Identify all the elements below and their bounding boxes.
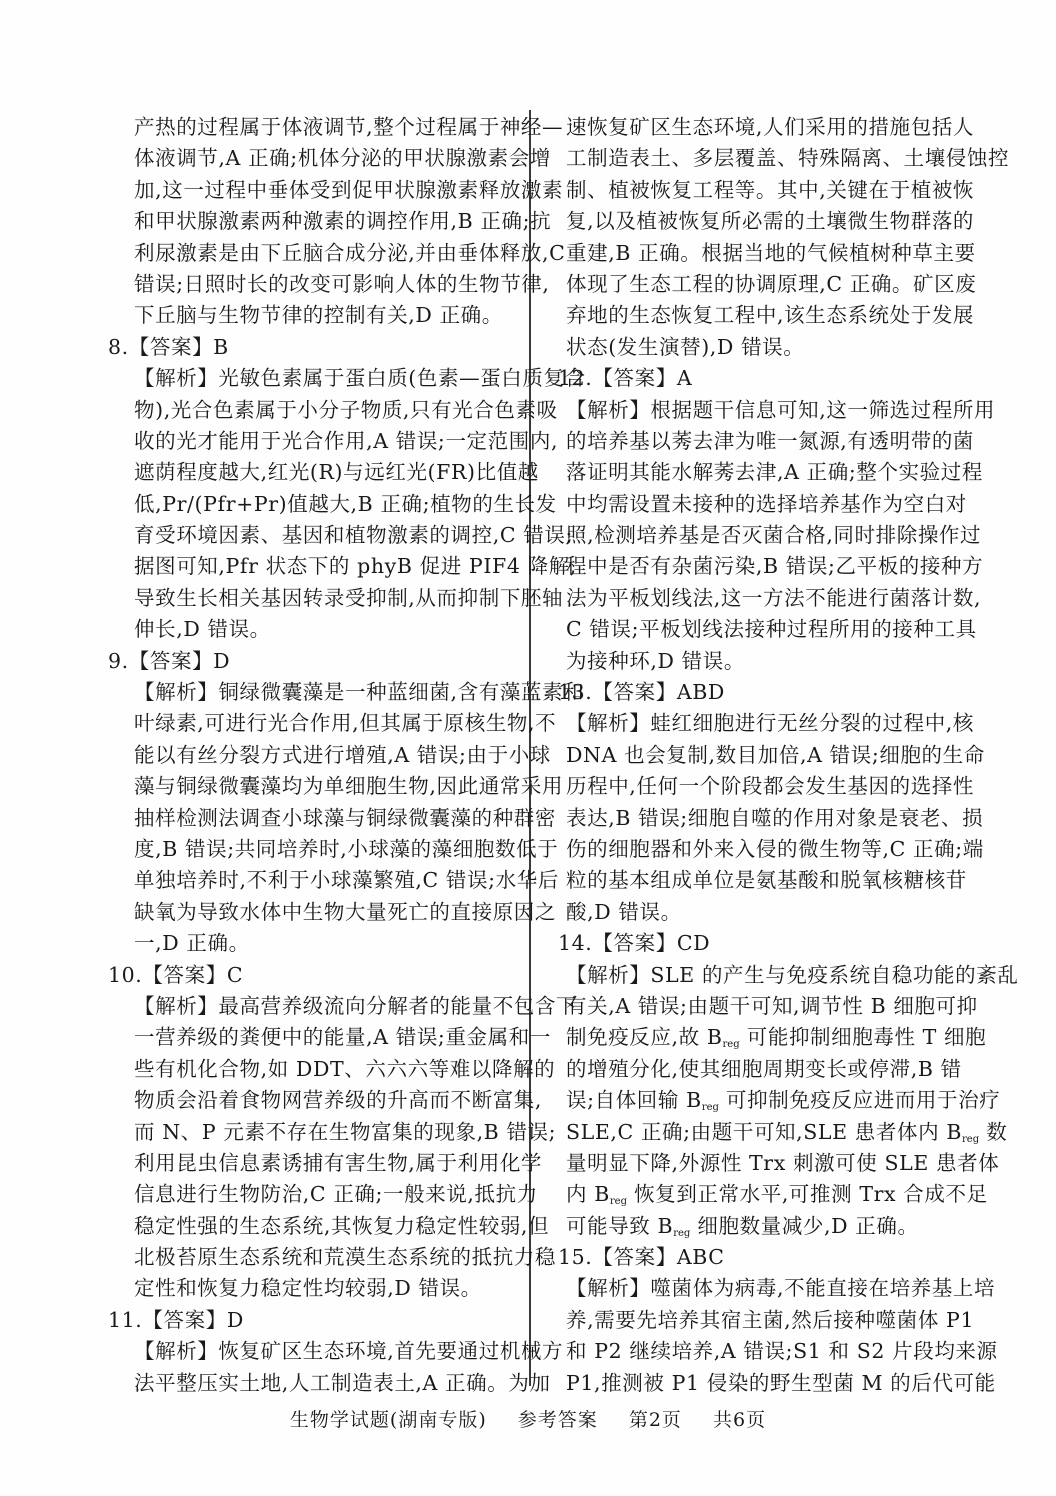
text-line: 物),光合色素属于小分子物质,只有光合色素吸 bbox=[108, 395, 522, 426]
text-line: 法平整压实土地,人工制造表土,A 正确。为加 bbox=[108, 1368, 522, 1399]
text-line: 伤的细胞器和外来入侵的微生物等,C 正确;端 bbox=[558, 834, 990, 865]
text-line: C 错误;平板划线法接种过程所用的接种工具 bbox=[558, 614, 990, 645]
analysis-line: 【解析】恢复矿区生态环境,首先要通过机械方 bbox=[108, 1336, 522, 1367]
question-11: 11.【答案】D 【解析】恢复矿区生态环境,首先要通过机械方 法平整压实土地,人… bbox=[108, 1305, 522, 1399]
text-line: 和 P2 继续培养,A 错误;S1 和 S2 片段均来源 bbox=[558, 1336, 990, 1367]
answer-value: D bbox=[227, 1308, 244, 1332]
text-line: 复,以及植被恢复所必需的土壤微生物群落的 bbox=[566, 206, 990, 237]
text-line: 噬菌体为病毒,不能直接在培养基上培 bbox=[650, 1276, 995, 1300]
answer-line: 10.【答案】C bbox=[108, 960, 522, 991]
text-line: 的增殖分化,使其细胞周期变长或停滞,B 错 bbox=[558, 1054, 990, 1085]
text-line: 程中是否有杂菌污染,B 错误;乙平板的接种方 bbox=[558, 551, 990, 582]
text-line: 收的光才能用于光合作用,A 错误;一定范围内, bbox=[108, 426, 522, 457]
question-number: 8. bbox=[108, 332, 129, 363]
footer-total-pages: 共6页 bbox=[713, 1405, 766, 1432]
text-line: 照,检测培养基是否灭菌合格,同时排除操作过 bbox=[558, 520, 990, 551]
text-line: 内 Breg 恢复到正常水平,可推测 Trx 合成不足 bbox=[558, 1179, 990, 1210]
footer-subject: 生物学试题(湖南专版) bbox=[290, 1405, 487, 1432]
text-line: 伸长,D 错误。 bbox=[108, 614, 522, 645]
analysis-label: 【解析】 bbox=[566, 1276, 650, 1300]
text-line: 法为平板划线法,这一方法不能进行菌落计数, bbox=[558, 583, 990, 614]
text-line: 铜绿微囊藻是一种蓝细菌,含有藻蓝素和 bbox=[218, 680, 584, 704]
text-line: 体现了生态工程的协调原理,C 正确。矿区废 bbox=[566, 269, 990, 300]
text-line: 下丘脑与生物节律的控制有关,D 正确。 bbox=[108, 300, 522, 331]
text-line: 产热的过程属于体液调节,整个过程属于神经— bbox=[108, 112, 522, 143]
text-line: 单独培养时,不利于小球藻繁殖,C 错误;水华后 bbox=[108, 865, 522, 896]
left-column: 产热的过程属于体液调节,整个过程属于神经— 体液调节,A 正确;机体分泌的甲状腺… bbox=[108, 112, 522, 1399]
text-line: 有关,A 错误;由题干可知,调节性 B 细胞可抑 bbox=[558, 991, 990, 1022]
text-line: DNA 也会复制,数目加倍,A 错误;细胞的生命 bbox=[558, 740, 990, 771]
text-line: 缺氧为导致水体中生物大量死亡的直接原因之 bbox=[108, 897, 522, 928]
text-line: 度,B 错误;共同培养时,小球藻的藻细胞数低于 bbox=[108, 834, 522, 865]
text-line: 制免疫反应,故 Breg 可能抑制细胞毒性 T 细胞 bbox=[558, 1022, 990, 1053]
analysis-label: 【解析】 bbox=[566, 963, 650, 987]
text-line: 为接种环,D 错误。 bbox=[558, 646, 990, 677]
text-line: 养,需要先培养其宿主菌,然后接种噬菌体 P1 bbox=[558, 1305, 990, 1336]
text-line: 工制造表土、多层覆盖、特殊隔离、土壤侵蚀控 bbox=[566, 143, 990, 174]
text-line: 最高营养级流向分解者的能量不包含下 bbox=[218, 994, 577, 1018]
analysis-line: 【解析】噬菌体为病毒,不能直接在培养基上培 bbox=[558, 1273, 990, 1304]
text-line: 体液调节,A 正确;机体分泌的甲状腺激素会增 bbox=[108, 143, 522, 174]
text-line: 中均需设置未接种的选择培养基作为空白对 bbox=[558, 489, 990, 520]
answer-label: 【答案】 bbox=[592, 1245, 676, 1269]
analysis-line: 【解析】根据题干信息可知,这一筛选过程所用 bbox=[558, 395, 990, 426]
answer-line: 11.【答案】D bbox=[108, 1305, 522, 1336]
answer-label: 【答案】 bbox=[592, 680, 676, 704]
text-line: 误;自体回输 Breg 可抑制免疫反应进而用于治疗 bbox=[558, 1085, 990, 1116]
answer-value: D bbox=[213, 649, 230, 673]
text-line: 些有机化合物,如 DDT、六六六等难以降解的 bbox=[108, 1054, 522, 1085]
analysis-label: 【解析】 bbox=[134, 366, 218, 390]
text-line: SLE,C 正确;由题干可知,SLE 患者体内 Breg 数 bbox=[558, 1117, 990, 1148]
text-line: 导致生长相关基因转录受抑制,从而抑制下胚轴 bbox=[108, 583, 522, 614]
answer-value: CD bbox=[677, 931, 710, 955]
text-line: 表达,B 错误;细胞自噬的作用对象是衰老、损 bbox=[558, 803, 990, 834]
analysis-label: 【解析】 bbox=[134, 680, 218, 704]
question-number: 12. bbox=[558, 363, 592, 394]
text-line: 速恢复矿区生态环境,人们采用的措施包括人 bbox=[566, 112, 990, 143]
question-15: 15.【答案】ABC 【解析】噬菌体为病毒,不能直接在培养基上培 养,需要先培养… bbox=[558, 1242, 990, 1399]
answer-value: A bbox=[677, 366, 692, 390]
text-line: SLE 的产生与免疫系统自稳功能的紊乱 bbox=[650, 963, 1018, 987]
question-number: 9. bbox=[108, 646, 129, 677]
analysis-line: 【解析】光敏色素属于蛋白质(色素—蛋白质复合 bbox=[108, 363, 522, 394]
text-line: 抽样检测法调查小球藻与铜绿微囊藻的种群密 bbox=[108, 803, 522, 834]
answer-value: ABC bbox=[677, 1245, 725, 1269]
answer-line: 8.【答案】B bbox=[108, 332, 522, 363]
answer-label: 【答案】 bbox=[129, 649, 213, 673]
analysis-line: 【解析】最高营养级流向分解者的能量不包含下 bbox=[108, 991, 522, 1022]
analysis-label: 【解析】 bbox=[566, 398, 650, 422]
text-line: 一营养级的粪便中的能量,A 错误;重金属和一 bbox=[108, 1022, 522, 1053]
text-line: 制、植被恢复工程等。其中,关键在于植被恢 bbox=[566, 175, 990, 206]
text-line: 北极苔原生态系统和荒漠生态系统的抵抗力稳 bbox=[108, 1242, 522, 1273]
text-line: 酸,D 错误。 bbox=[558, 897, 990, 928]
answer-label: 【答案】 bbox=[142, 963, 226, 987]
analysis-label: 【解析】 bbox=[134, 994, 218, 1018]
text-line: 利尿激素是由下丘脑合成分泌,并由垂体释放,C bbox=[108, 238, 522, 269]
question-14: 14.【答案】CD 【解析】SLE 的产生与免疫系统自稳功能的紊乱 有关,A 错… bbox=[558, 928, 990, 1242]
analysis-line: 【解析】铜绿微囊藻是一种蓝细菌,含有藻蓝素和 bbox=[108, 677, 522, 708]
question-number: 14. bbox=[558, 928, 592, 959]
text-line: 状态(发生演替),D 错误。 bbox=[566, 332, 990, 363]
text-line: 粒的基本组成单位是氨基酸和脱氧核糖核苷 bbox=[558, 865, 990, 896]
text-line: 遮荫程度越大,红光(R)与远红光(FR)比值越 bbox=[108, 457, 522, 488]
text-line: 能以有丝分裂方式进行增殖,A 错误;由于小球 bbox=[108, 740, 522, 771]
footer-doc-type: 参考答案 bbox=[518, 1405, 598, 1432]
answer-line: 14.【答案】CD bbox=[558, 928, 990, 959]
answer-value: B bbox=[213, 335, 229, 359]
footer-page-number: 第2页 bbox=[629, 1405, 682, 1432]
continuation-block: 产热的过程属于体液调节,整个过程属于神经— 体液调节,A 正确;机体分泌的甲状腺… bbox=[108, 112, 522, 332]
text-line: 稳定性强的生态系统,其恢复力稳定性较弱,但 bbox=[108, 1211, 522, 1242]
question-13: 13.【答案】ABD 【解析】蛙红细胞进行无丝分裂的过程中,核 DNA 也会复制… bbox=[558, 677, 990, 928]
text-line: 可能导致 Breg 细胞数量减少,D 正确。 bbox=[558, 1211, 990, 1242]
answer-label: 【答案】 bbox=[129, 335, 213, 359]
text-line: 和甲状腺激素两种激素的调控作用,B 正确;抗 bbox=[108, 206, 522, 237]
text-line: 低,Pr/(Pfr+Pr)值越大,B 正确;植物的生长发 bbox=[108, 489, 522, 520]
text-line: 叶绿素,可进行光合作用,但其属于原核生物,不 bbox=[108, 708, 522, 739]
right-column: 速恢复矿区生态环境,人们采用的措施包括人 工制造表土、多层覆盖、特殊隔离、土壤侵… bbox=[566, 112, 990, 1399]
text-line: P1,推测被 P1 侵染的野生型菌 M 的后代可能 bbox=[558, 1368, 990, 1399]
answer-line: 15.【答案】ABC bbox=[558, 1242, 990, 1273]
question-number: 11. bbox=[108, 1305, 142, 1336]
text-line: 利用昆虫信息素诱捕有害生物,属于利用化学 bbox=[108, 1148, 522, 1179]
answer-value: C bbox=[227, 963, 243, 987]
text-line: 根据题干信息可知,这一筛选过程所用 bbox=[650, 398, 995, 422]
question-number: 10. bbox=[108, 960, 142, 991]
answer-label: 【答案】 bbox=[592, 931, 676, 955]
text-line: 定性和恢复力稳定性均较弱,D 错误。 bbox=[108, 1273, 522, 1304]
answer-line: 9.【答案】D bbox=[108, 646, 522, 677]
text-line: 而 N、P 元素不存在生物富集的现象,B 错误; bbox=[108, 1117, 522, 1148]
answer-value: ABD bbox=[677, 680, 725, 704]
text-line: 的培养基以莠去津为唯一氮源,有透明带的菌 bbox=[558, 426, 990, 457]
analysis-line: 【解析】蛙红细胞进行无丝分裂的过程中,核 bbox=[558, 708, 990, 739]
answer-line: 12.【答案】A bbox=[558, 363, 990, 394]
question-number: 15. bbox=[558, 1242, 592, 1273]
question-12: 12.【答案】A 【解析】根据题干信息可知,这一筛选过程所用 的培养基以莠去津为… bbox=[558, 363, 990, 677]
analysis-label: 【解析】 bbox=[134, 1339, 218, 1363]
text-line: 信息进行生物防治,C 正确;一般来说,抵抗力 bbox=[108, 1179, 522, 1210]
text-line: 量明显下降,外源性 Trx 刺激可使 SLE 患者体 bbox=[558, 1148, 990, 1179]
text-line: 弃地的生态恢复工程中,该生态系统处于发展 bbox=[566, 300, 990, 331]
text-line: 落证明其能水解莠去津,A 正确;整个实验过程 bbox=[558, 457, 990, 488]
text-line: 藻与铜绿微囊藻均为单细胞生物,因此通常采用 bbox=[108, 771, 522, 802]
answer-label: 【答案】 bbox=[142, 1308, 226, 1332]
answer-label: 【答案】 bbox=[592, 366, 676, 390]
page-footer: 生物学试题(湖南专版) 参考答案 第2页 共6页 bbox=[0, 1405, 1056, 1432]
analysis-label: 【解析】 bbox=[566, 711, 650, 735]
text-line: 恢复矿区生态环境,首先要通过机械方 bbox=[218, 1339, 563, 1363]
question-9: 9.【答案】D 【解析】铜绿微囊藻是一种蓝细菌,含有藻蓝素和 叶绿素,可进行光合… bbox=[108, 646, 522, 960]
text-line: 加,这一过程中垂体受到促甲状腺激素释放激素 bbox=[108, 175, 522, 206]
question-number: 13. bbox=[558, 677, 592, 708]
text-line: 育受环境因素、基因和植物激素的调控,C 错误; bbox=[108, 520, 522, 551]
answer-line: 13.【答案】ABD bbox=[558, 677, 990, 708]
text-line: 据图可知,Pfr 状态下的 phyB 促进 PIF4 降解, bbox=[108, 551, 522, 582]
text-line: 光敏色素属于蛋白质(色素—蛋白质复合 bbox=[218, 366, 585, 390]
text-line: 物质会沿着食物网营养级的升高而不断富集, bbox=[108, 1085, 522, 1116]
text-line: 重建,B 正确。根据当地的气候植树种草主要 bbox=[566, 238, 990, 269]
text-line: 蛙红细胞进行无丝分裂的过程中,核 bbox=[650, 711, 974, 735]
answer-key-page: 产热的过程属于体液调节,整个过程属于神经— 体液调节,A 正确;机体分泌的甲状腺… bbox=[0, 0, 1056, 1496]
text-line: 一,D 正确。 bbox=[108, 928, 522, 959]
question-10: 10.【答案】C 【解析】最高营养级流向分解者的能量不包含下 一营养级的粪便中的… bbox=[108, 960, 522, 1305]
continuation-block: 速恢复矿区生态环境,人们采用的措施包括人 工制造表土、多层覆盖、特殊隔离、土壤侵… bbox=[566, 112, 990, 363]
text-line: 历程中,任何一个阶段都会发生基因的选择性 bbox=[558, 771, 990, 802]
text-line: 错误;日照时长的改变可影响人体的生物节律, bbox=[108, 269, 522, 300]
question-8: 8.【答案】B 【解析】光敏色素属于蛋白质(色素—蛋白质复合 物),光合色素属于… bbox=[108, 332, 522, 646]
analysis-line: 【解析】SLE 的产生与免疫系统自稳功能的紊乱 bbox=[558, 960, 990, 991]
